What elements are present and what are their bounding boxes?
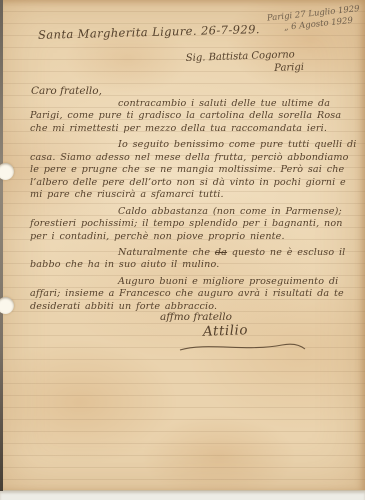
signature-flourish [178, 338, 308, 354]
addressee-block: Sig. Battista Cogorno Parigi [186, 48, 305, 78]
scan-edge-left [0, 0, 3, 491]
letter-paragraph: Naturalmente che da questo ne è escluso … [30, 247, 361, 272]
scanner-bed-strip [0, 490, 365, 500]
scanned-letter-page: Parigi 27 Luglio 1929 „ 6 Agosto 1929 Sa… [0, 0, 365, 500]
paragraph-text: Naturalmente che [118, 247, 215, 258]
closing-line: affmo fratello [160, 311, 232, 323]
letter-paragraph: Auguro buoni e migliore proseguimento di… [30, 276, 361, 313]
letter-paragraph: Caldo abbastanza (non come in Parmense);… [30, 206, 361, 243]
letter-body: contracambio i saluti delle tue ultime d… [30, 98, 361, 317]
letter-paragraph: Io seguito benissimo come pure tutti que… [30, 139, 361, 201]
salutation: Caro fratello, [31, 85, 102, 97]
struck-word: da [215, 247, 227, 258]
letter-paragraph: contracambio i saluti delle tue ultime d… [30, 98, 361, 135]
